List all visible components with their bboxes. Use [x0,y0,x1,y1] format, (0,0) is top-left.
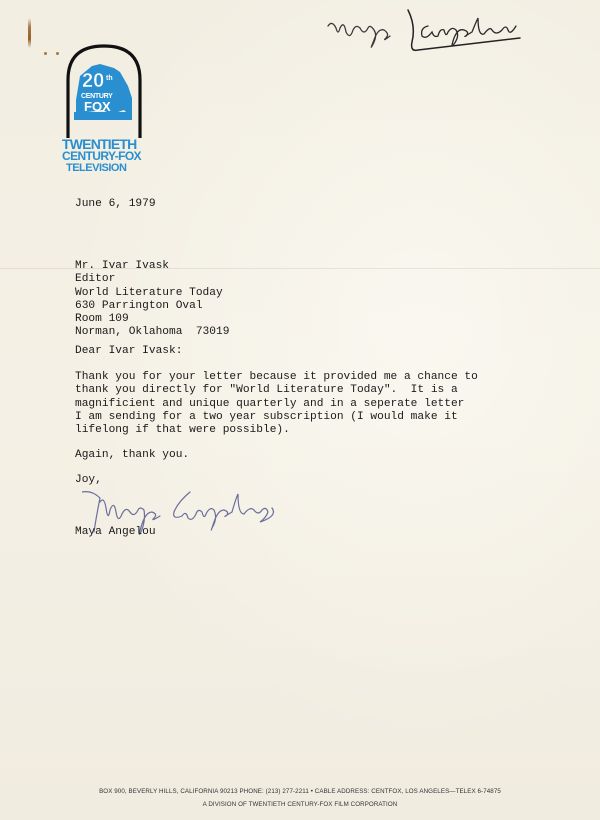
recipient-city: Norman, Oklahoma 73019 [75,326,229,339]
fox-logo: 20 th CENTURY FOX TWENTIETH CENTURY-FOX … [62,40,142,140]
body-line: Thank you for your letter because it pro… [75,371,478,384]
typed-signature-name: Maya Angelou [75,526,156,539]
top-signature [320,6,550,66]
fox-logo-icon: 20 th CENTURY FOX [62,40,147,140]
rust-stain [28,18,31,48]
footer-address: BOX 900, BEVERLY HILLS, CALIFORNIA 90213… [0,788,600,795]
recipient-room: Room 109 [75,313,229,326]
letter-date: June 6, 1979 [75,198,156,211]
closing-thanks: Again, thank you. [75,449,189,462]
body-line: thank you directly for "World Literature… [75,384,478,397]
company-name: TWENTIETH CENTURY-FOX TELEVISION [62,138,172,174]
svg-text:20: 20 [82,70,104,92]
recipient-title: Editor [75,273,229,286]
body-line: magnificient and unique quarterly and in… [75,398,478,411]
body-line: lifelong if that were possible). [75,424,478,437]
recipient-address: Mr. Ivar IvaskEditorWorld Literature Tod… [75,260,229,340]
salutation: Dear Ivar Ivask: [75,345,182,358]
svg-text:th: th [106,75,113,82]
recipient-street: 630 Parrington Oval [75,300,229,313]
body-line: I am sending for a two year subscription… [75,411,478,424]
company-name-line3: TELEVISION [62,162,172,174]
footer-division: A DIVISION OF TWENTIETH CENTURY-FOX FILM… [0,801,600,808]
signature-icon [320,6,550,61]
closing-joy: Joy, [75,474,102,487]
letter-body: Thank you for your letter because it pro… [75,371,478,437]
stain-dot [44,52,47,55]
recipient-organization: World Literature Today [75,287,229,300]
svg-text:FOX: FOX [84,99,111,114]
stain-dot [56,52,59,55]
recipient-name: Mr. Ivar Ivask [75,260,229,273]
company-name-line2: CENTURY-FOX [62,150,172,162]
